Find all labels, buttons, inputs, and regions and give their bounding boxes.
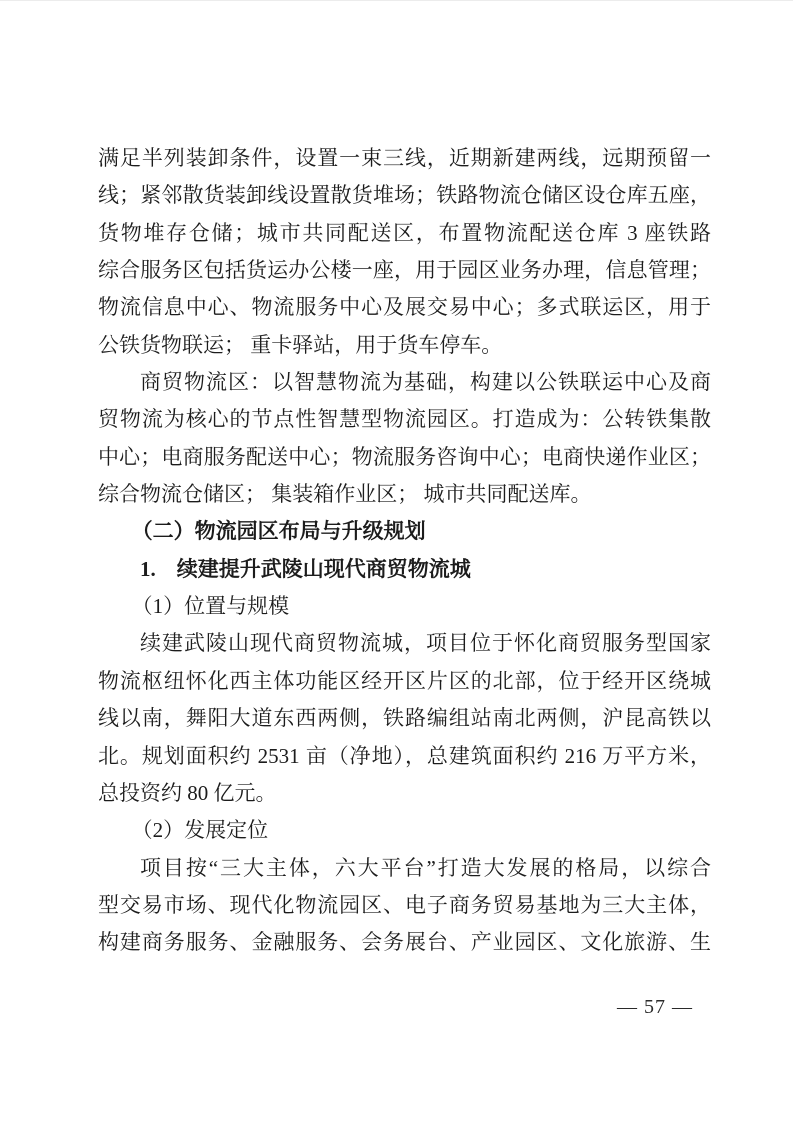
text-block: 满足半列装卸条件，设置一束三线，近期新建两线，远期预留一 线；紧邻散货装卸线设置… [98, 140, 711, 962]
body-line: 满足半列装卸条件，设置一束三线，近期新建两线，远期预留一 [98, 140, 711, 177]
body-line: 线以南，舞阳大道东西两侧，铁路编组站南北两侧，沪昆高铁以 [98, 700, 711, 737]
body-line: 物流枢纽怀化西主体功能区经开区片区的北部，位于经开区绕城 [98, 663, 711, 700]
subsection-heading: 1. 续建提升武陵山现代商贸物流城 [98, 551, 711, 588]
body-line: 商贸物流区：以智慧物流为基础，构建以公铁联运中心及商 [98, 364, 711, 401]
body-line: 续建武陵山现代商贸物流城，项目位于怀化商贸服务型国家 [98, 625, 711, 662]
document-page: 满足半列装卸条件，设置一束三线，近期新建两线，远期预留一 线；紧邻散货装卸线设置… [0, 0, 793, 1122]
section-heading: （二）物流园区布局与升级规划 [98, 513, 711, 550]
body-line: 中心；电商服务配送中心；物流服务咨询中心；电商快递作业区； [98, 439, 711, 476]
body-line: 北。规划面积约 2531 亩（净地），总建筑面积约 216 万平方米， [98, 738, 711, 775]
item-heading: （2）发展定位 [98, 812, 711, 849]
body-line: 物流信息中心、物流服务中心及展交易中心；多式联运区，用于 [98, 289, 711, 326]
body-line: 总投资约 80 亿元。 [98, 775, 711, 812]
body-line: 贸物流为核心的节点性智慧型物流园区。打造成为：公转铁集散 [98, 401, 711, 438]
body-line: 综合服务区包括货运办公楼一座，用于园区业务办理，信息管理； [98, 252, 711, 289]
body-line: 构建商务服务、金融服务、会务展台、产业园区、文化旅游、生 [98, 924, 711, 961]
item-heading: （1）位置与规模 [98, 588, 711, 625]
body-line: 线；紧邻散货装卸线设置散货堆场；铁路物流仓储区设仓库五座， [98, 177, 711, 214]
body-line: 综合物流仓储区； 集装箱作业区； 城市共同配送库。 [98, 476, 711, 513]
page-number: — 57 — [0, 996, 693, 1018]
body-line: 货物堆存仓储；城市共同配送区，布置物流配送仓库 3 座铁路 [98, 215, 711, 252]
body-line: 型交易市场、现代化物流园区、电子商务贸易基地为三大主体， [98, 887, 711, 924]
body-line: 公铁货物联运； 重卡驿站，用于货车停车。 [98, 327, 711, 364]
body-line: 项目按“三大主体，六大平台”打造大发展的格局，以综合 [98, 850, 711, 887]
